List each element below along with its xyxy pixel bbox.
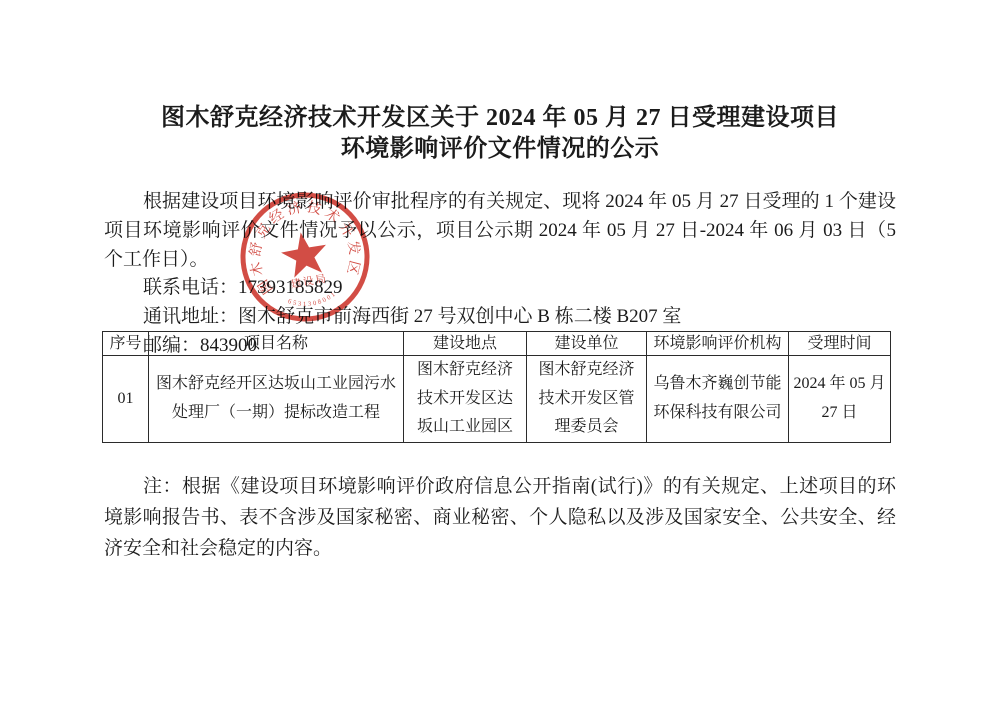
header-project-name: 项目名称 [149,332,404,356]
cell-eia-agency: 乌鲁木齐巍创节能 环保科技有限公司 [647,356,789,443]
header-location: 建设地点 [404,332,527,356]
header-seq: 序号 [103,332,149,356]
address-value: 图木舒克市前海西街 27 号双创中心 B 栋二楼 B207 室 [238,306,681,327]
contact-phone-line: 联系电话：17393185829 [104,274,896,303]
cell-accept-date: 2024 年 05 月 27 日 [789,356,891,443]
header-eia-agency: 环境影响评价机构 [647,332,789,356]
header-builder: 建设单位 [527,332,647,356]
cell-project-name: 图木舒克经开区达坂山工业园污水 处理厂（一期）提标改造工程 [149,356,404,443]
title-line2: 环境影响评价文件情况的公示 [341,136,660,162]
cell-seq: 01 [103,356,149,443]
table-header-row: 序号 项目名称 建设地点 建设单位 环境影响评价机构 受理时间 [103,332,891,356]
cell-location: 图木舒克经济 技术开发区达 坂山工业园区 [404,356,527,443]
projects-table: 序号 项目名称 建设地点 建设单位 环境影响评价机构 受理时间 01 图木舒克经… [102,331,891,443]
document-title: 图木舒克经济技术开发区关于 2024 年 05 月 27 日受理建设项目 环境影… [0,103,1000,165]
address-label: 通讯地址： [143,306,238,327]
title-line1: 图木舒克经济技术开发区关于 2024 年 05 月 27 日受理建设项目 [161,105,839,131]
contact-address-line: 通讯地址：图木舒克市前海西街 27 号双创中心 B 栋二楼 B207 室 [104,303,896,332]
intro-paragraph: 根据建设项目环境影响评价审批程序的有关规定、现将 2024 年 05 月 27 … [104,188,896,274]
header-accept-date: 受理时间 [789,332,891,356]
table-row: 01 图木舒克经开区达坂山工业园污水 处理厂（一期）提标改造工程 图木舒克经济 … [103,356,891,443]
note-paragraph: 注：根据《建设项目环境影响评价政府信息公开指南(试行)》的有关规定、上述项目的环… [104,472,896,564]
document-page: 图木舒克经济技术开发区关于 2024 年 05 月 27 日受理建设项目 环境影… [0,0,1000,707]
phone-value: 17393185829 [238,277,343,298]
cell-builder: 图木舒克经济 技术开发区管 理委员会 [527,356,647,443]
phone-label: 联系电话： [143,277,238,298]
